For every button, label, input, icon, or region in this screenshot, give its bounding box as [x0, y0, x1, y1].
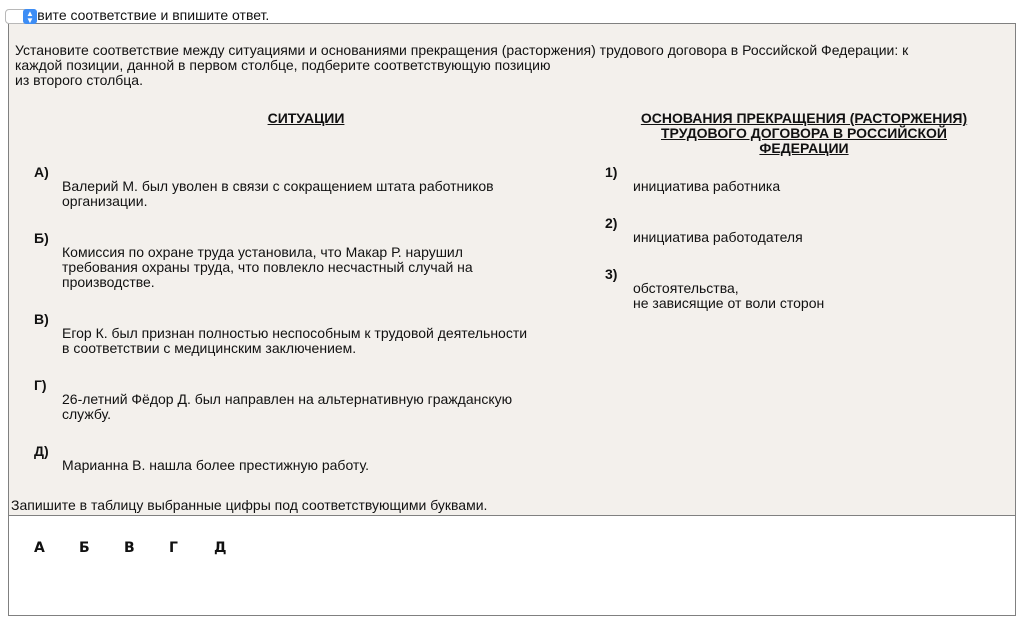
intro-line: из второго столбца.	[15, 73, 1011, 88]
situations-heading: СИТУАЦИИ	[239, 111, 373, 126]
item-label: 1)	[605, 165, 985, 179]
task-intro: Установите соответствие между ситуациями…	[15, 43, 1011, 88]
answer-instruction: Запишите в таблицу выбранные цифры под с…	[11, 498, 487, 513]
item-label: Д)	[34, 444, 594, 458]
heading-line: ОСНОВАНИЯ ПРЕКРАЩЕНИЯ (РАСТОРЖЕНИЯ)	[619, 111, 989, 126]
item-text: инициатива работодателя	[605, 230, 985, 245]
item-label: 2)	[605, 216, 985, 230]
basis-item: 2) инициатива работодателя	[605, 216, 985, 245]
heading-line: ТРУДОВОГО ДОГОВОРА В РОССИЙСКОЙ	[619, 126, 989, 141]
answer-letters-row: А Б В Г Д	[34, 540, 259, 556]
item-text: Комиссия по охране труда установила, что…	[34, 245, 594, 290]
item-text: Марианна В. нашла более престижную работ…	[34, 458, 594, 473]
item-text: Валерий М. был уволен в связи с сокращен…	[34, 179, 594, 209]
up-down-arrows-icon: ▲▼	[23, 9, 37, 24]
heading-line: ФЕДЕРАЦИИ	[619, 141, 989, 156]
instruction-text: ановите соответствие и впишите ответ.	[14, 6, 269, 24]
item-text: обстоятельства,не зависящие от воли стор…	[605, 281, 985, 311]
answer-letter: В	[124, 540, 169, 556]
item-label: А)	[34, 165, 594, 179]
situation-item: Д) Марианна В. нашла более престижную ра…	[34, 444, 594, 473]
item-text: инициатива работника	[605, 179, 985, 194]
basis-item: 1) инициатива работника	[605, 165, 985, 194]
intro-line: Установите соответствие между ситуациями…	[15, 43, 1011, 58]
item-label: В)	[34, 312, 594, 326]
situation-item: В) Егор К. был признан полностью неспосо…	[34, 312, 594, 356]
intro-line: каждой позиции, данной в первом столбце,…	[15, 58, 1011, 73]
answer-letter: А	[34, 540, 79, 556]
situation-item: Г) 26-летний Фёдор Д. был направлен на а…	[34, 378, 594, 422]
bases-heading: ОСНОВАНИЯ ПРЕКРАЩЕНИЯ (РАСТОРЖЕНИЯ) ТРУД…	[619, 111, 989, 156]
item-label: 3)	[605, 267, 985, 281]
situation-item: Б) Комиссия по охране труда установила, …	[34, 231, 594, 290]
answer-letter: Б	[79, 540, 124, 556]
answer-letter: Д	[214, 540, 259, 556]
question-select[interactable]: ▲▼	[5, 9, 37, 24]
task-panel: Установите соответствие между ситуациями…	[8, 23, 1016, 515]
situation-item: А) Валерий М. был уволен в связи с сокра…	[34, 165, 594, 209]
item-text: 26-летний Фёдор Д. был направлен на альт…	[34, 392, 594, 422]
item-label: Г)	[34, 378, 594, 392]
basis-item: 3) обстоятельства,не зависящие от воли с…	[605, 267, 985, 311]
answer-table[interactable]: А Б В Г Д	[8, 515, 1016, 616]
item-text: Егор К. был признан полностью неспособны…	[34, 326, 594, 356]
answer-letter: Г	[169, 540, 214, 556]
item-label: Б)	[34, 231, 594, 245]
